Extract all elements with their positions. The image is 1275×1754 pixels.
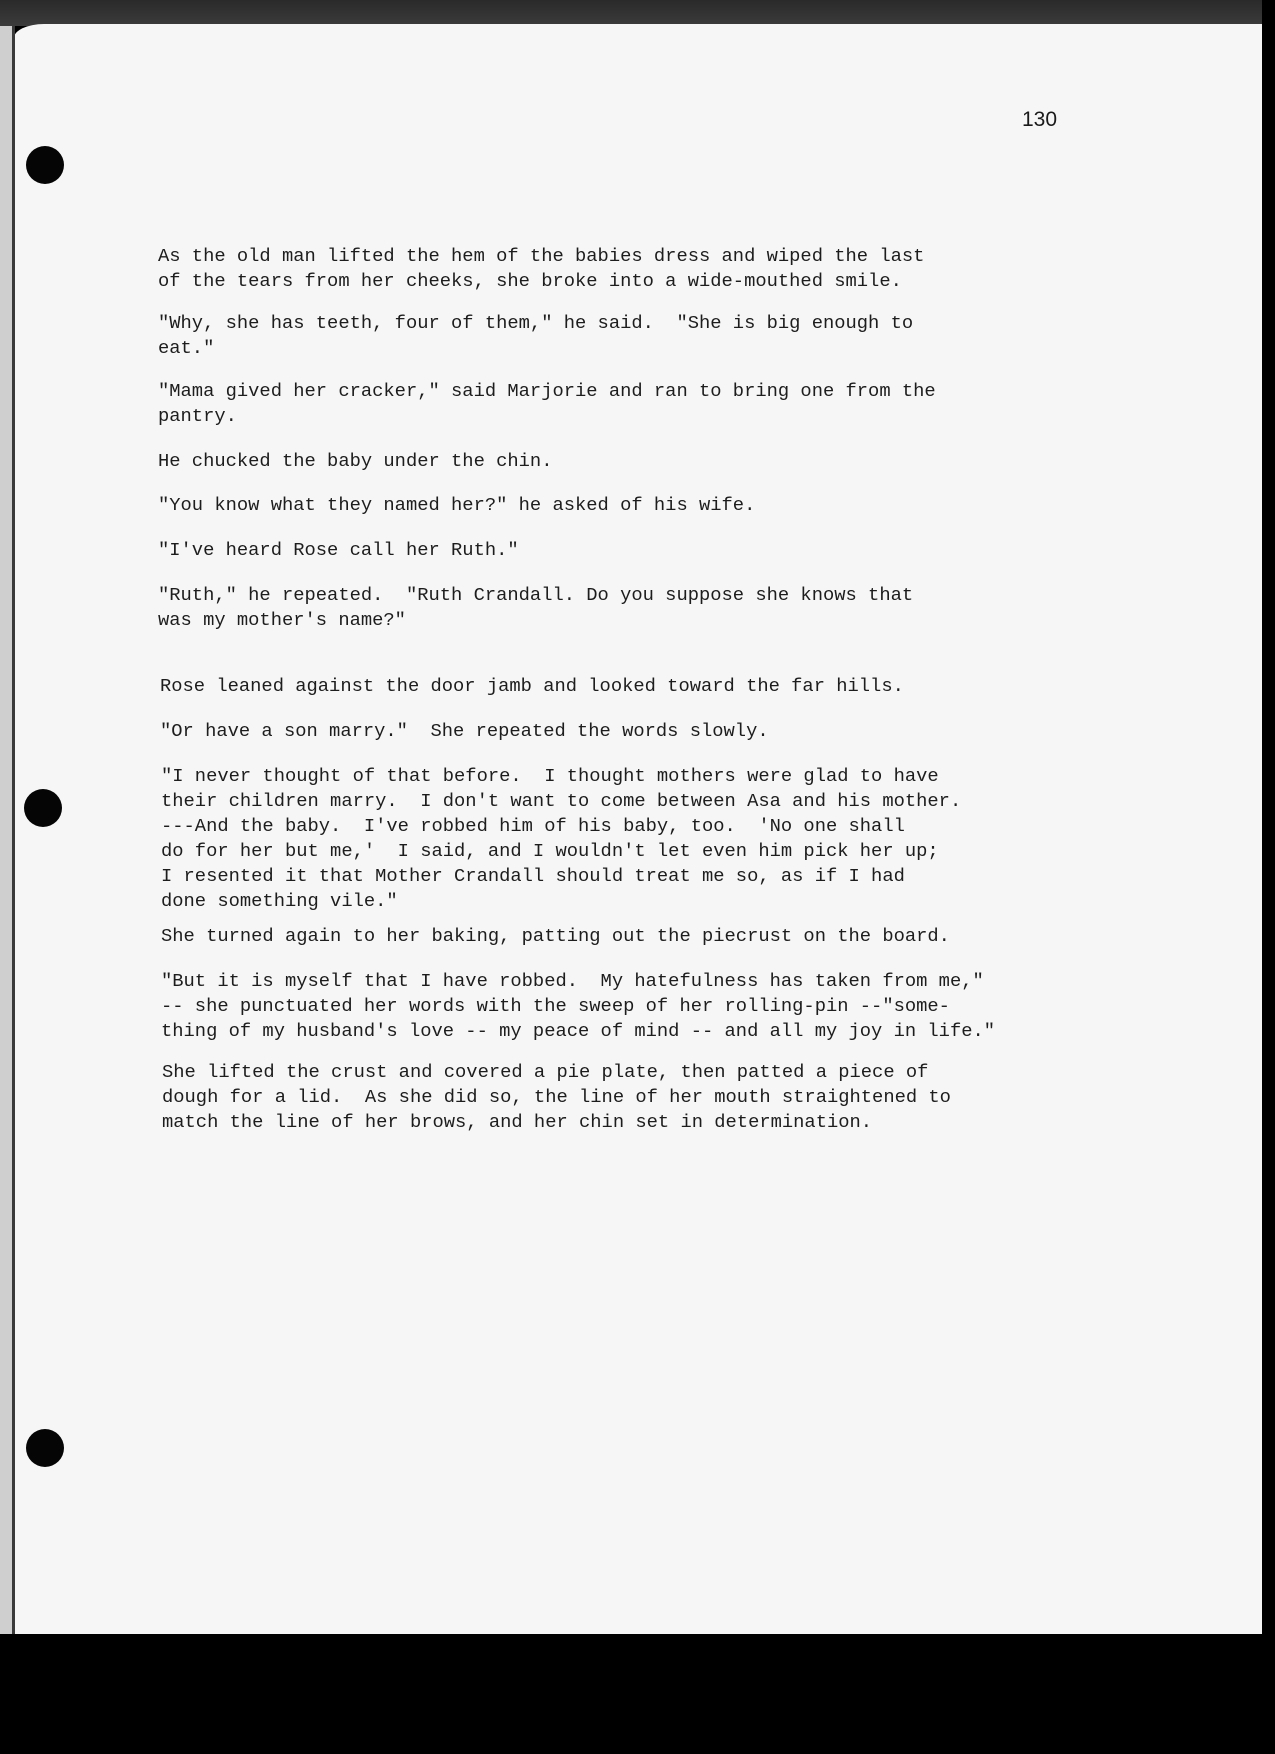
text-line: "I never thought of that before. I thoug… — [161, 764, 961, 789]
paragraph: "I've heard Rose call her Ruth." — [158, 538, 519, 563]
text-line: She lifted the crust and covered a pie p… — [162, 1060, 951, 1085]
scan-top-border — [0, 0, 1275, 26]
text-line: their children marry. I don't want to co… — [161, 789, 961, 814]
text-line: "Why, she has teeth, four of them," he s… — [158, 311, 913, 336]
punch-hole-top — [26, 146, 64, 184]
text-line: thing of my husband's love -- my peace o… — [161, 1019, 995, 1044]
paragraph: He chucked the baby under the chin. — [158, 449, 552, 474]
paragraph: "Mama gived her cracker," said Marjorie … — [158, 379, 936, 429]
text-line: Rose leaned against the door jamb and lo… — [160, 674, 904, 699]
paragraph: "You know what they named her?" he asked… — [158, 493, 755, 518]
text-line: done something vile." — [161, 889, 961, 914]
paragraph: "I never thought of that before. I thoug… — [161, 764, 961, 914]
paragraph: "Or have a son marry." She repeated the … — [160, 719, 769, 744]
paragraph: She turned again to her baking, patting … — [161, 924, 950, 949]
text-line: pantry. — [158, 404, 936, 429]
paragraph: As the old man lifted the hem of the bab… — [158, 244, 924, 294]
text-line: "Ruth," he repeated. "Ruth Crandall. Do … — [158, 583, 913, 608]
paragraph: Rose leaned against the door jamb and lo… — [160, 674, 904, 699]
scan-right-border — [1262, 0, 1275, 1754]
text-line: He chucked the baby under the chin. — [158, 449, 552, 474]
text-line: was my mother's name?" — [158, 608, 913, 633]
punch-hole-bottom — [26, 1429, 64, 1467]
paragraph: "Why, she has teeth, four of them," he s… — [158, 311, 913, 361]
text-line: of the tears from her cheeks, she broke … — [158, 269, 924, 294]
punch-hole-middle — [24, 789, 62, 827]
text-line: -- she punctuated her words with the swe… — [161, 994, 995, 1019]
text-line: As the old man lifted the hem of the bab… — [158, 244, 924, 269]
text-line: match the line of her brows, and her chi… — [162, 1110, 951, 1135]
text-line: eat." — [158, 336, 913, 361]
text-line: She turned again to her baking, patting … — [161, 924, 950, 949]
paragraph: She lifted the crust and covered a pie p… — [162, 1060, 951, 1135]
text-line: I resented it that Mother Crandall shoul… — [161, 864, 961, 889]
text-line: "You know what they named her?" he asked… — [158, 493, 755, 518]
paragraph: "Ruth," he repeated. "Ruth Crandall. Do … — [158, 583, 913, 633]
text-line: "But it is myself that I have robbed. My… — [161, 969, 995, 994]
scan-left-edge — [0, 26, 15, 1634]
paragraph: "But it is myself that I have robbed. My… — [161, 969, 995, 1044]
text-line: dough for a lid. As she did so, the line… — [162, 1085, 951, 1110]
text-line: do for her but me,' I said, and I wouldn… — [161, 839, 961, 864]
text-line: "Or have a son marry." She repeated the … — [160, 719, 769, 744]
page-number: 130 — [1022, 108, 1057, 132]
text-line: "Mama gived her cracker," said Marjorie … — [158, 379, 936, 404]
text-line: ---And the baby. I've robbed him of his … — [161, 814, 961, 839]
text-line: "I've heard Rose call her Ruth." — [158, 538, 519, 563]
